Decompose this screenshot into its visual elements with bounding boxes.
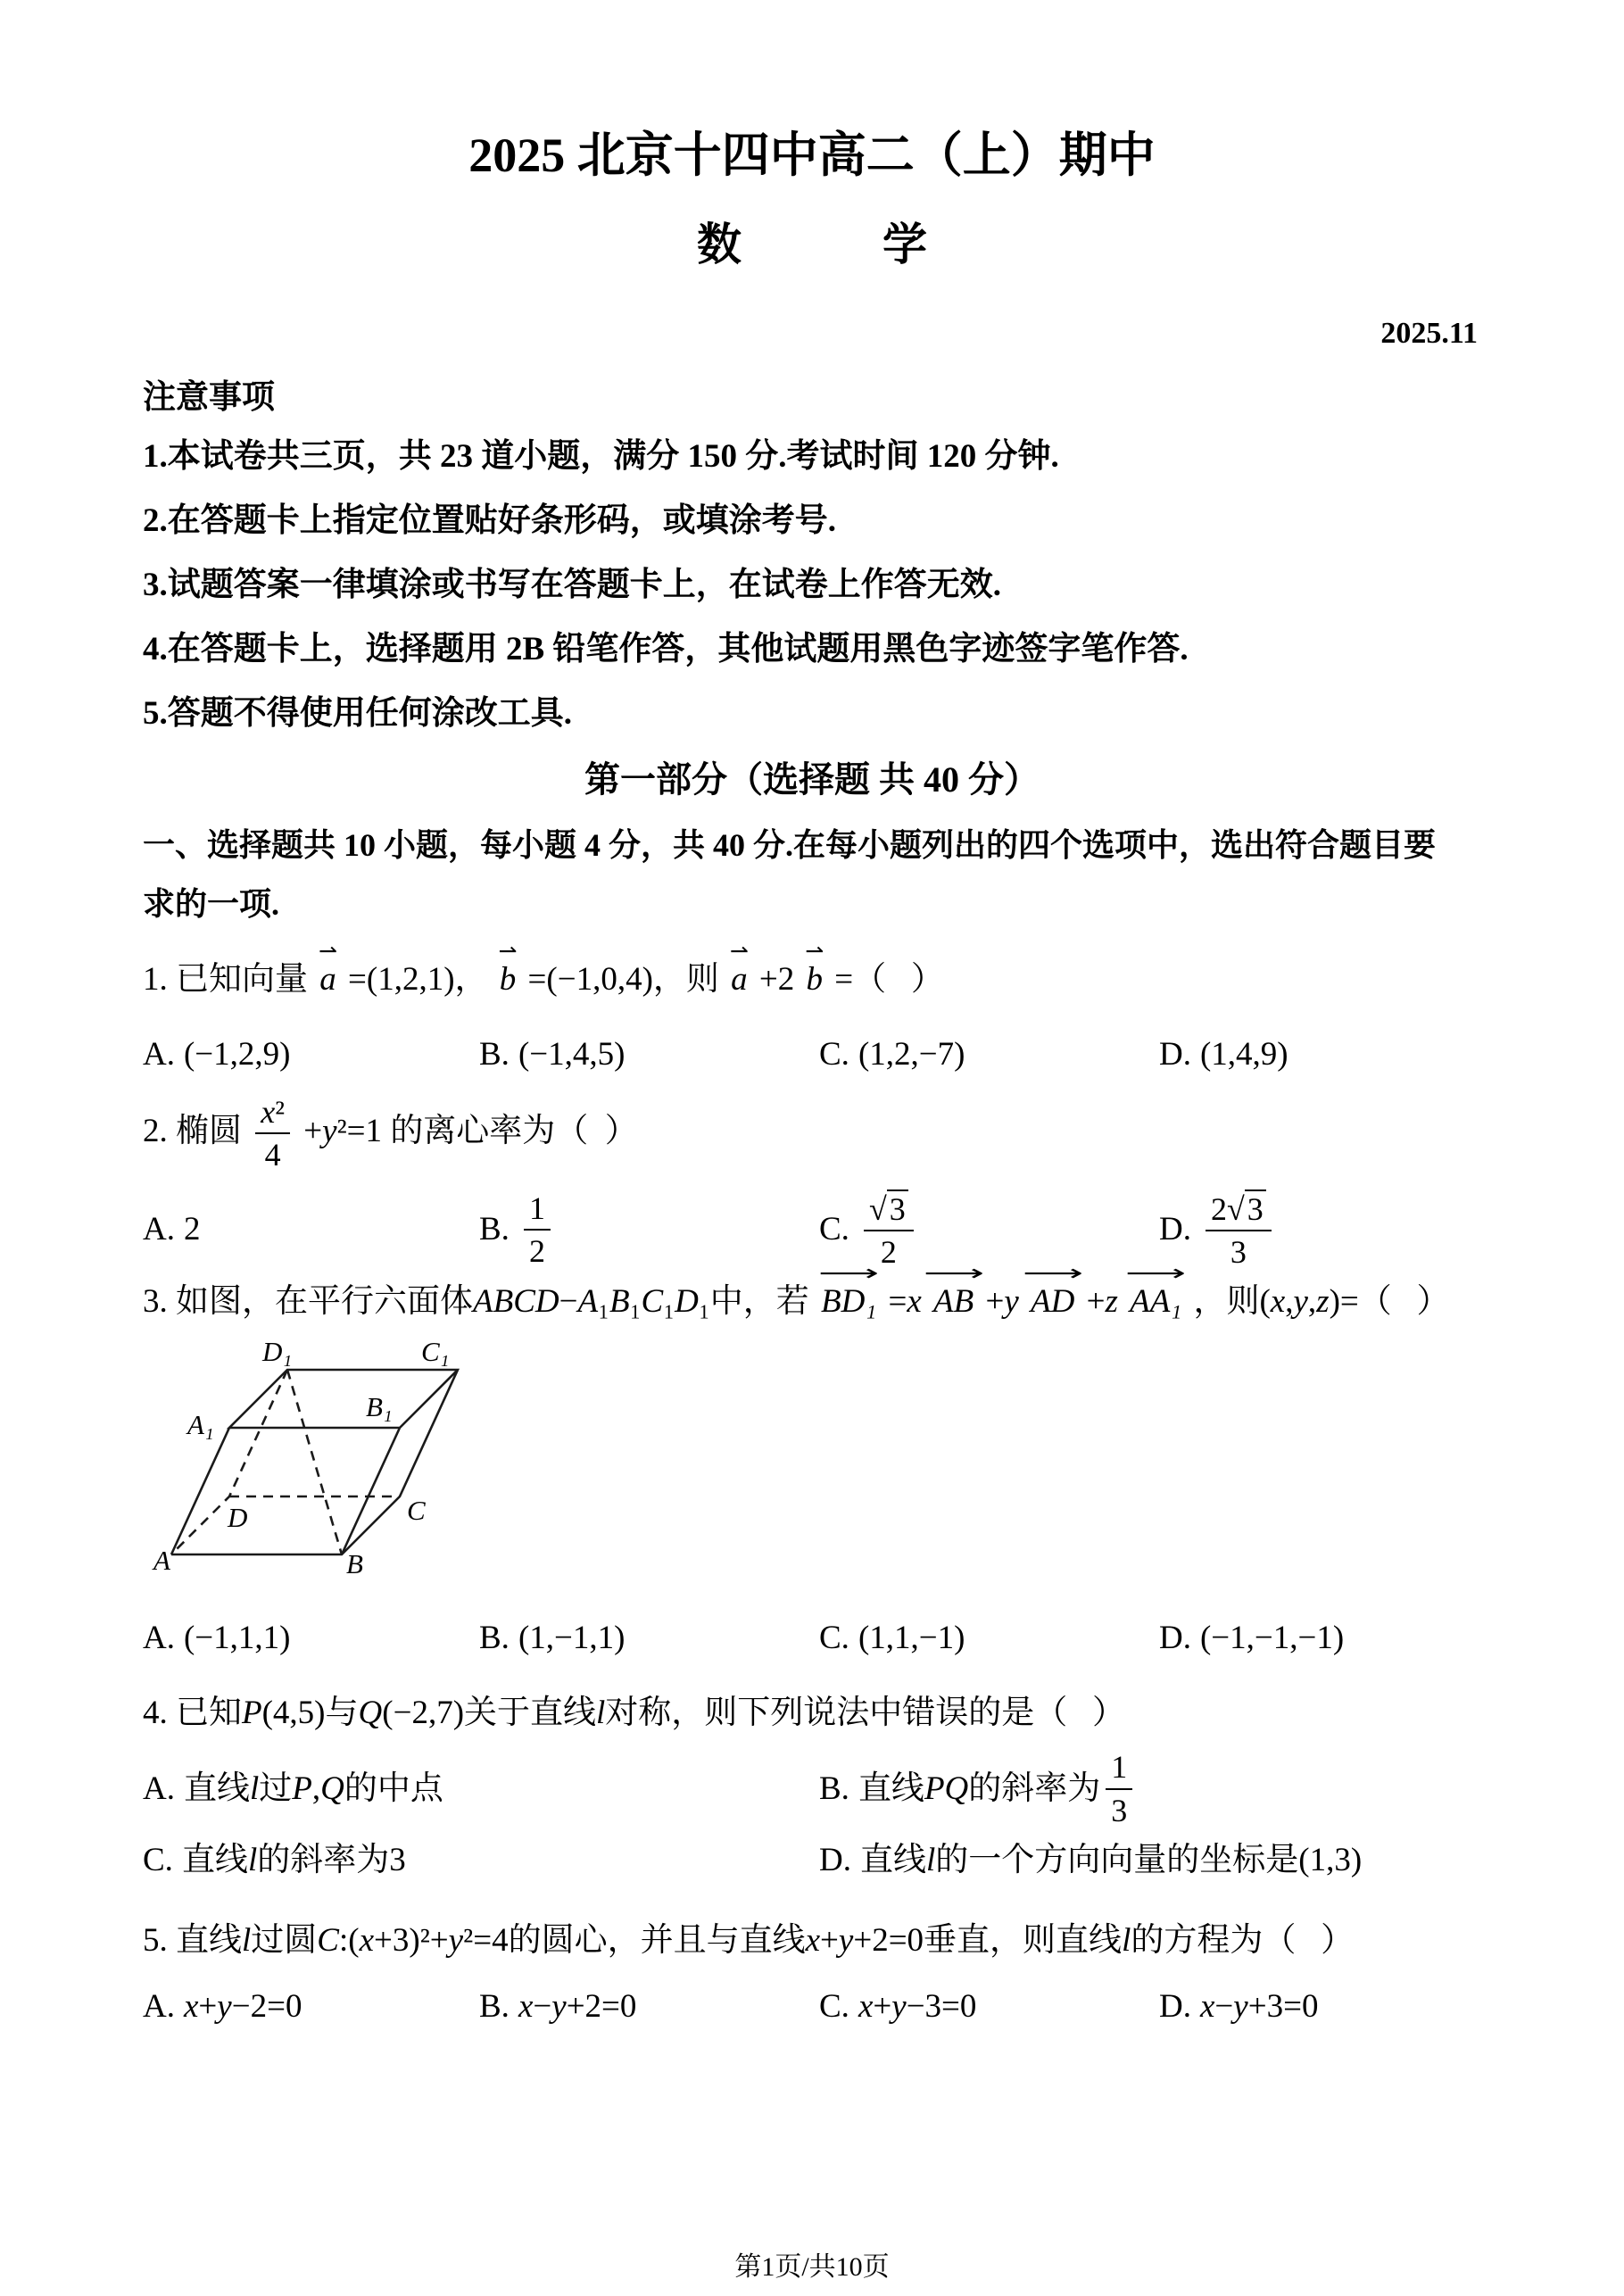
- q4-option-d: D.直线l的一个方向向量的坐标是(1,3): [819, 1834, 1481, 1887]
- vector-arrow-icon: ⟶: [924, 1262, 984, 1284]
- q1-vector-a: ⇀a: [319, 953, 336, 1007]
- exam-page: 2025 北京十四中高二（上）期中 数 学 2025.11 注意事项 1.本试卷…: [0, 0, 1624, 2296]
- vertex-label-B1: B₁: [366, 1391, 393, 1422]
- vertex-label-D1: D₁: [261, 1336, 292, 1367]
- q5-option-d: D.x−y+3=0: [1159, 1980, 1481, 2034]
- q3-option-d: D.(−1,−1,−1): [1159, 1612, 1481, 1665]
- radical-sign: √: [869, 1191, 887, 1227]
- q1-vector-b2: ⇀b: [807, 953, 824, 1007]
- q4-option-c: C.直线l的斜率为3: [143, 1834, 819, 1887]
- vertex-label-C: C: [407, 1495, 426, 1526]
- fraction-denominator: 2: [881, 1231, 897, 1270]
- notice-item-3: 3.试题答案一律填涂或书写在答题卡上，在试卷上作答无效.: [143, 553, 1481, 618]
- vertex-label-A: A: [152, 1545, 171, 1576]
- option-label: B.: [479, 1028, 510, 1082]
- page-footer: 第1页/共10页: [0, 2244, 1624, 2284]
- notice-item-1: 1.本试卷共三页，共 23 道小题，满分 150 分.考试时间 120 分钟.: [143, 425, 1481, 489]
- q5-option-b: B.x−y+2=0: [479, 1980, 819, 2034]
- option-label: D.: [819, 1834, 851, 1887]
- question-1-stem: 1. 已知向量 ⇀a =(1,2,1)， ⇀b =(−1,0,4)，则 ⇀a +…: [143, 953, 1481, 1007]
- notice-item-2: 2.在答题卡上指定位置贴好条形码，或填涂考号.: [143, 489, 1481, 553]
- radical-sign: √: [1227, 1191, 1245, 1227]
- q1-option-d: D.(1,4,9): [1159, 1028, 1481, 1082]
- q1-text-3: =(−1,0,4)，则: [528, 961, 719, 998]
- question-3-stem: 3. 如图，在平行六面体ABCD−A₁B₁C₁D₁中，若 ⟶BD₁ =x ⟶AB…: [143, 1275, 1481, 1329]
- radicand: 3: [887, 1189, 908, 1227]
- option-label: D.: [1159, 1612, 1191, 1665]
- q1-text-5: =（ ）: [834, 961, 944, 998]
- parallelepiped-solid-edges: [171, 1370, 458, 1554]
- option-value: 直线l过P,Q的中点: [184, 1762, 443, 1816]
- option-label: D.: [1159, 1203, 1191, 1256]
- option-value: x−y+3=0: [1200, 1980, 1318, 2034]
- q1-vector-a2: ⇀a: [731, 953, 748, 1007]
- option-label: C.: [819, 1203, 849, 1256]
- q1-text-2: =(1,2,1)，: [348, 961, 488, 998]
- vector-arrow-icon: ⇀: [730, 940, 749, 962]
- exam-date: 2025.11: [143, 316, 1481, 352]
- section-1-intro-line-2: 求的一项.: [143, 874, 1481, 933]
- question-4-options-row-2: C.直线l的斜率为3 D.直线l的一个方向向量的坐标是(1,3): [143, 1834, 1481, 1887]
- notice-item-5: 5.答题不得使用任何涂改工具.: [143, 682, 1481, 746]
- question-1-options: A.(−1,2,9) B.(−1,4,5) C.(1,2,−7) D.(1,4,…: [143, 1028, 1481, 1082]
- fraction-denominator: 4: [265, 1134, 281, 1173]
- question-3-figure-wrap: A B C D A₁ B₁ C₁ D₁: [143, 1336, 1481, 1599]
- q2-text-2: +y²=1: [303, 1113, 382, 1149]
- q3-text-2: =x: [888, 1283, 921, 1320]
- subject-title: 数 学: [143, 220, 1481, 269]
- q3-text-1: 3. 如图，在平行六面体ABCD−A₁B₁C₁D₁中，若: [143, 1283, 809, 1320]
- fraction-numerator: x²: [255, 1094, 290, 1134]
- option-label: B.: [479, 1203, 510, 1256]
- q3-text-4: +z: [1087, 1283, 1118, 1320]
- q3-vector-AA1: ⟶AA₁: [1130, 1275, 1181, 1329]
- notice-heading: 注意事项: [143, 371, 1481, 425]
- subject-char-left: 数: [697, 220, 742, 269]
- q3-vector-AD-letters: AD: [1031, 1283, 1074, 1320]
- q2-option-c: C.√32: [819, 1189, 1159, 1271]
- q2-text-1: 2. 椭圆: [143, 1113, 242, 1149]
- option-fraction: 13: [1106, 1749, 1132, 1828]
- option-label: C.: [819, 1612, 849, 1665]
- vector-arrow-icon: ⇀: [499, 940, 518, 962]
- page-title: 2025 北京十四中高二（上）期中: [143, 0, 1481, 184]
- q3-vector-AA1-letters: AA₁: [1130, 1283, 1181, 1320]
- q2-fraction: x² 4: [255, 1094, 290, 1173]
- option-fraction: √32: [864, 1189, 914, 1271]
- vector-arrow-icon: ⇀: [805, 940, 824, 962]
- vertex-label-C1: C₁: [421, 1336, 449, 1367]
- option-label: A.: [143, 1980, 175, 2034]
- section-1-intro-line-1: 一、选择题共 10 小题，每小题 4 分，共 40 分.在每小题列出的四个选项中…: [143, 816, 1481, 874]
- q2-option-d: D.2√33: [1159, 1189, 1481, 1271]
- q3-vector-BD1-letters: BD₁: [821, 1283, 876, 1320]
- option-value: (−1,2,9): [184, 1028, 291, 1082]
- option-label: A.: [143, 1762, 175, 1816]
- fraction-numerator: √3: [864, 1189, 914, 1231]
- q5-option-a: A.x+y−2=0: [143, 1980, 479, 2034]
- vertex-label-A1: A₁: [186, 1409, 214, 1440]
- q3-vector-AB: ⟶AB: [933, 1275, 974, 1329]
- q3-text-3: +y: [985, 1283, 1018, 1320]
- question-5-stem: 5. 直线l过圆C:(x+3)²+y²=4的圆心，并且与直线x+y+2=0垂直，…: [143, 1914, 1481, 1968]
- section-1-heading: 第一部分（选择题 共 40 分）: [143, 753, 1481, 807]
- fraction-denominator: 2: [529, 1231, 545, 1269]
- subject-char-right: 学: [882, 220, 927, 269]
- option-value: x−y+2=0: [518, 1980, 636, 2034]
- q2-text-3: 的离心率为（ ）: [390, 1113, 638, 1149]
- q1-option-a: A.(−1,2,9): [143, 1028, 479, 1082]
- option-label: B.: [479, 1612, 510, 1665]
- option-label: A.: [143, 1028, 175, 1082]
- fraction-denominator: 3: [1230, 1231, 1247, 1270]
- option-fraction: 2√33: [1206, 1189, 1272, 1271]
- q5-option-c: C.x+y−3=0: [819, 1980, 1159, 2034]
- option-value: 2: [184, 1203, 201, 1256]
- option-label: D.: [1159, 1028, 1191, 1082]
- option-label: B.: [819, 1762, 849, 1816]
- radicand: 3: [1245, 1189, 1266, 1227]
- option-value: (1,−1,1): [518, 1612, 626, 1665]
- q3-option-c: C.(1,1,−1): [819, 1612, 1159, 1665]
- vertex-label-B: B: [346, 1548, 363, 1579]
- fraction-numerator: 1: [1106, 1749, 1132, 1789]
- question-5-options: A.x+y−2=0 B.x−y+2=0 C.x+y−3=0 D.x−y+3=0: [143, 1980, 1481, 2034]
- q3-vector-AB-letters: AB: [933, 1283, 974, 1320]
- option-value: (−1,1,1): [184, 1612, 291, 1665]
- option-label: C.: [819, 1980, 849, 2034]
- q2-option-a: A.2: [143, 1189, 479, 1271]
- option-label: B.: [479, 1980, 510, 2034]
- notice-item-4: 4.在答题卡上，选择题用 2B 铅笔作答，其他试题用黑色字迹签字笔作答.: [143, 618, 1481, 682]
- option-value: 直线PQ的斜率为: [858, 1762, 1100, 1816]
- vector-arrow-icon: ⟶: [1023, 1262, 1083, 1284]
- q3-text-5: ，则(x,y,z)=（ ）: [1193, 1283, 1449, 1320]
- option-label: D.: [1159, 1980, 1191, 2034]
- question-2-stem: 2. 椭圆 x² 4 +y²=1 的离心率为（ ）: [143, 1094, 1481, 1173]
- option-value: 直线l的斜率为3: [182, 1834, 406, 1887]
- option-value: (1,1,−1): [858, 1612, 965, 1665]
- q3-option-a: A.(−1,1,1): [143, 1612, 479, 1665]
- question-2-options: A.2 B.12 C.√32 D.2√33: [143, 1189, 1481, 1271]
- q1-vector-b2-letter: b: [807, 961, 824, 998]
- option-value: 直线l的一个方向向量的坐标是(1,3): [860, 1834, 1362, 1887]
- vector-arrow-icon: ⇀: [319, 940, 337, 962]
- option-label: A.: [143, 1203, 175, 1256]
- option-label: C.: [143, 1834, 173, 1887]
- vertex-label-D: D: [227, 1502, 247, 1533]
- q1-option-b: B.(−1,4,5): [479, 1028, 819, 1082]
- q4-option-a: A.直线l过P,Q的中点: [143, 1749, 819, 1828]
- q1-vector-b: ⇀b: [500, 953, 517, 1007]
- option-value: x+y−2=0: [184, 1980, 302, 2034]
- question-4-stem: 4. 已知P(4,5)与Q(−2,7)关于直线l对称，则下列说法中错误的是（ ）: [143, 1687, 1481, 1740]
- option-value: (−1,−1,−1): [1200, 1612, 1344, 1665]
- option-value: (1,2,−7): [858, 1028, 965, 1082]
- parallelepiped-figure: A B C D A₁ B₁ C₁ D₁: [143, 1336, 518, 1595]
- option-value: (−1,4,5): [518, 1028, 626, 1082]
- q3-vector-AD: ⟶AD: [1031, 1275, 1074, 1329]
- option-label: A.: [143, 1612, 175, 1665]
- fraction-numerator: 1: [524, 1190, 551, 1231]
- q1-text-1: 1. 已知向量: [143, 961, 308, 998]
- q2-option-b: B.12: [479, 1189, 819, 1271]
- option-value: (1,4,9): [1200, 1028, 1288, 1082]
- q1-text-4: +2: [759, 961, 794, 998]
- vector-arrow-icon: ⟶: [1125, 1262, 1186, 1284]
- coefficient: 2: [1211, 1191, 1227, 1227]
- q4-option-b: B.直线PQ的斜率为13: [819, 1749, 1481, 1828]
- q3-option-b: B.(1,−1,1): [479, 1612, 819, 1665]
- question-4-options-row-1: A.直线l过P,Q的中点 B.直线PQ的斜率为13: [143, 1749, 1481, 1828]
- page-content: 2025 北京十四中高二（上）期中 数 学 2025.11 注意事项 1.本试卷…: [0, 0, 1624, 2034]
- option-value: x+y−3=0: [858, 1980, 976, 2034]
- vector-arrow-icon: ⟶: [818, 1262, 879, 1284]
- q1-vector-b-letter: b: [500, 961, 517, 998]
- q1-vector-a2-letter: a: [731, 961, 748, 998]
- option-fraction: 12: [524, 1190, 551, 1270]
- q1-vector-a-letter: a: [319, 961, 336, 998]
- fraction-denominator: 3: [1111, 1790, 1127, 1828]
- fraction-numerator: 2√3: [1206, 1189, 1272, 1231]
- q3-vector-BD1: ⟶BD₁: [821, 1275, 876, 1329]
- question-3-options: A.(−1,1,1) B.(1,−1,1) C.(1,1,−1) D.(−1,−…: [143, 1612, 1481, 1665]
- option-label: C.: [819, 1028, 849, 1082]
- q1-option-c: C.(1,2,−7): [819, 1028, 1159, 1082]
